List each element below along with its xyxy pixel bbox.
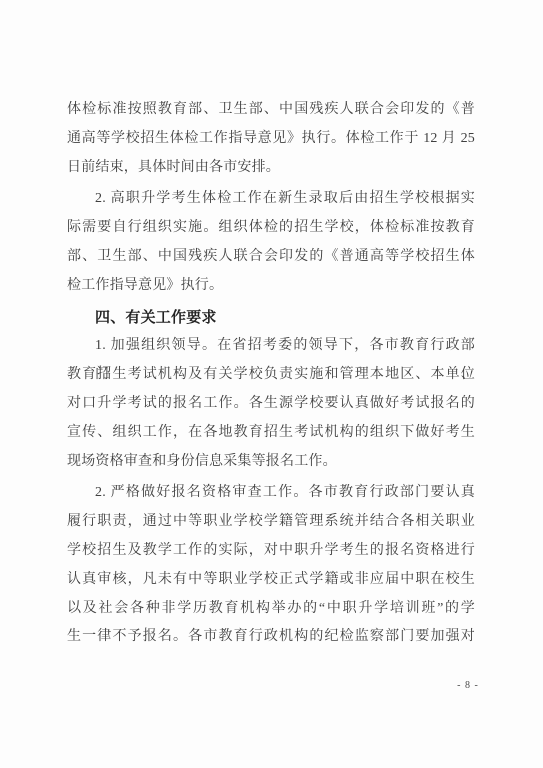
text-line: 检工作指导意见》执行。: [67, 272, 475, 301]
text-line: 宣传、组织工作，在各地教育招生考试机构的组织下做好考生: [67, 419, 475, 448]
text-line: 2. 严格做好报名资格审查工作。各市教育行政部门要认真: [67, 479, 475, 508]
text-line: 现场资格审查和身份信息采集等报名工作。: [67, 448, 475, 477]
text-line: 生一律不予报名。各市教育行政机构的纪检监察部门要加强对: [67, 623, 475, 652]
document-page: 体检标准按照教育部、卫生部、中国残疾人联合会印发的《普通高等学校招生体检工作指导…: [0, 0, 543, 768]
page-number: - 8 -: [444, 680, 492, 691]
text-line: 对口升学考试的报名工作。各生源学校要认真做好考试报名的: [67, 390, 475, 419]
text-line: 际需要自行组织实施。组织体检的招生学校，体检标准按教育: [67, 214, 475, 243]
text-line: 以及社会各种非学历教育机构举办的“中职升学培训班”的学: [67, 595, 475, 624]
text-line: 认真审核，凡未有中等职业学校正式学籍或非应届中职在校生: [67, 566, 475, 595]
text-line: 部、卫生部、中国残疾人联合会印发的《普通高等学校招生体: [67, 243, 475, 272]
text-line: 学校招生及教学工作的实际，对中职升学考生的报名资格进行: [67, 537, 475, 566]
text-line: 履行职责，通过中等职业学校学籍管理系统并结合各相关职业: [67, 508, 475, 537]
document-body: 体检标准按照教育部、卫生部、中国残疾人联合会印发的《普通高等学校招生体检工作指导…: [67, 96, 475, 652]
text-line: 教育招生考试机构及有关学校负责实施和管理本地区、本单位: [67, 361, 475, 390]
text-line: 体检标准按照教育部、卫生部、中国残疾人联合会印发的《普: [67, 96, 475, 125]
text-line: 1. 加强组织领导。在省招考委的领导下，各市教育行政部门、: [67, 332, 475, 361]
text-line: 通高等学校招生体检工作指导意见》执行。体检工作于 12 月 25: [67, 125, 475, 154]
section-heading: 四、有关工作要求: [67, 304, 475, 333]
text-line: 日前结束，具体时间由各市安排。: [67, 154, 475, 183]
text-line: 2. 高职升学考生体检工作在新生录取后由招生学校根据实: [67, 185, 475, 214]
